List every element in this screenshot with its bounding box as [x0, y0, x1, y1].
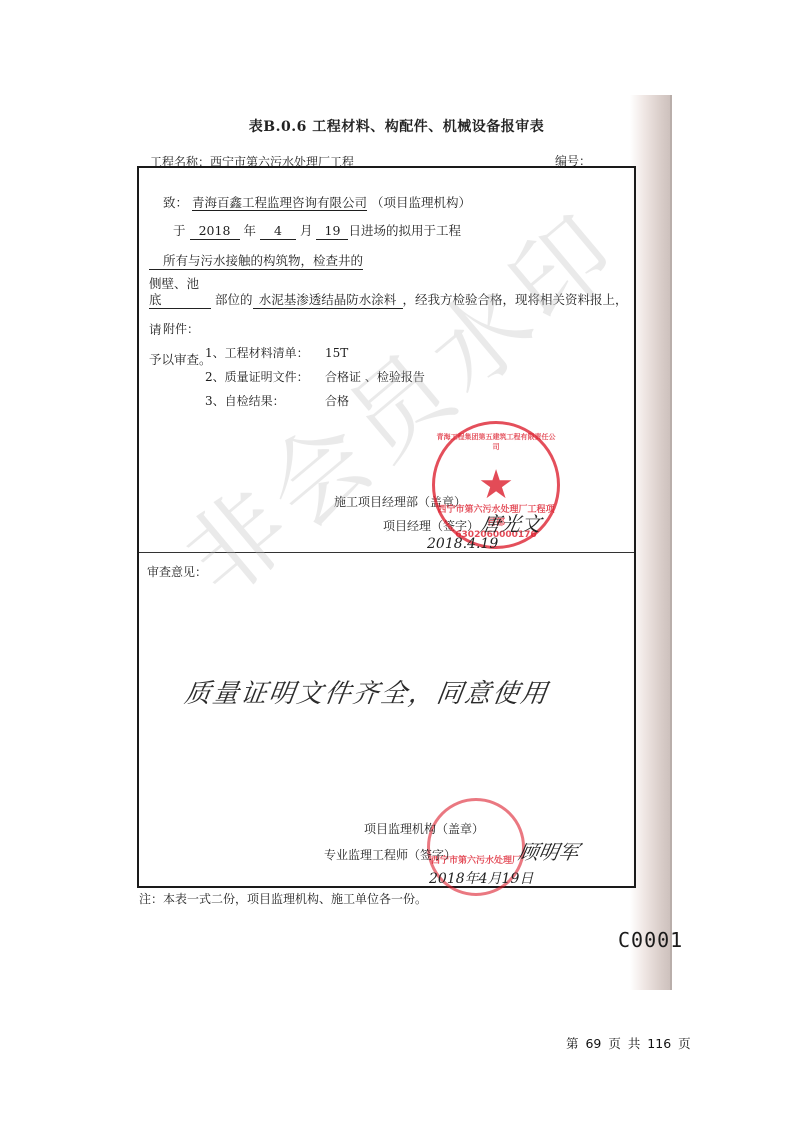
- entry-month: 4: [260, 223, 296, 240]
- entry-day: 19: [316, 223, 348, 240]
- attachment-item: 3、自检结果：合格: [205, 392, 349, 409]
- archive-stamp-number: C0001: [618, 928, 683, 952]
- text-prefix: 于: [173, 223, 186, 238]
- supervisor-org-label: 项目监理机构（盖章）: [364, 820, 484, 837]
- text-location: 部位的: [215, 292, 253, 307]
- text-month-unit: 月: [300, 223, 313, 238]
- recipient-prefix: 致：: [163, 195, 188, 210]
- section-divider: [139, 552, 634, 553]
- entry-material: 水泥基渗透结晶防水涂料: [253, 292, 403, 309]
- text-closing-2: 予以审查。: [149, 352, 212, 367]
- entry-project-part: 所有与污水接触的构筑物，检查井的: [149, 253, 363, 270]
- attachment-item: 2、质量证明文件：合格证 、检验报告: [205, 368, 425, 385]
- recipient-line: 致： 青海百鑫工程监理咨询有限公司 （项目监理机构）: [163, 193, 471, 211]
- engineer-signature: 顾明军: [516, 836, 581, 865]
- engineer-label: 专业监理工程师（签字）: [324, 846, 456, 863]
- text-year-unit: 年: [243, 223, 256, 238]
- attachment-item: 1、工程材料清单：15T: [205, 344, 348, 361]
- recipient-role: （项目监理机构）: [371, 195, 471, 210]
- page-indicator: 第 69 页 共 116 页: [566, 1034, 691, 1052]
- footnote: 注：本表一式二份，项目监理机构、施工单位各一份。: [139, 890, 427, 907]
- entry-project-part-cont: 侧壁、池底: [149, 276, 211, 309]
- review-date: 2018年4月19日: [429, 868, 533, 888]
- text-mid: 日进场的拟用于工程: [348, 223, 461, 238]
- form-title: 表B.0.6 工程材料、构配件、机械设备报审表: [0, 116, 793, 136]
- review-opinion-label: 审查意见：: [147, 563, 207, 580]
- form-table: 致： 青海百鑫工程监理咨询有限公司 （项目监理机构） 于 2018 年 4 月 …: [137, 166, 636, 888]
- attachments-title: 附件：: [163, 320, 199, 337]
- contractor-signature: 唐光文: [478, 508, 543, 537]
- handwritten-opinion: 质量证明文件齐全，同意使用: [182, 673, 551, 710]
- contractor-sign-date: 2018.4.19: [427, 536, 498, 552]
- scan-edge-shadow: [630, 95, 672, 990]
- recipient-name: 青海百鑫工程监理咨询有限公司: [192, 195, 367, 210]
- star-icon: ★: [478, 465, 514, 505]
- entry-year: 2018: [190, 223, 240, 240]
